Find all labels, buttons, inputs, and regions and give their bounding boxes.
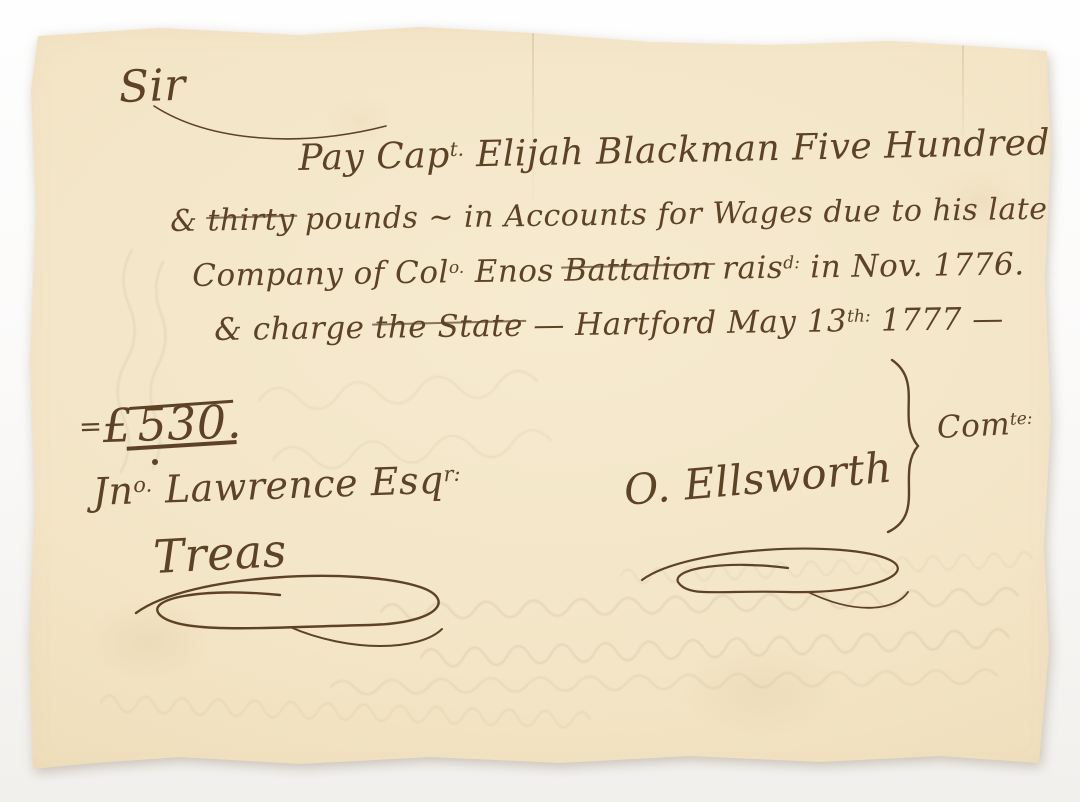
body-line-1-text: Pay Cap: [298, 135, 450, 179]
signature-name: O. Ellsworth: [622, 443, 894, 515]
superscript: te:: [1009, 409, 1033, 430]
amount-prefix: =: [78, 409, 103, 443]
body-line-3-text: Company of Col: [192, 254, 449, 294]
body-line-1-text: Elijah Blackman Five Hundred: [464, 122, 1051, 175]
treas-flourish: [120, 565, 460, 660]
body-line-4: & charge the State — Hartford May 13th: …: [214, 301, 1004, 348]
struck-word: Battalion: [564, 251, 712, 289]
superscript: r:: [443, 462, 461, 487]
scanned-document-scene: Sir Pay Capt. Elijah Blackman Five Hundr…: [0, 0, 1080, 802]
document-paper: Sir Pay Capt. Elijah Blackman Five Hundr…: [0, 0, 1080, 802]
body-line-1: Pay Capt. Elijah Blackman Five Hundred: [298, 122, 1050, 179]
superscript: d:: [783, 253, 800, 273]
struck-word: the State: [375, 308, 524, 346]
body-line-4-text: — Hartford May 13: [523, 303, 848, 344]
body-line-2-text: &: [170, 203, 208, 239]
addressee-text: Lawrence Esq: [152, 458, 445, 512]
signature-suffix-text: Com: [936, 406, 1011, 446]
superscript: o.: [449, 258, 465, 278]
struck-word: thirty: [207, 202, 295, 238]
superscript: o.: [133, 472, 153, 497]
signature-brace-icon: [876, 356, 940, 536]
body-line-3-text: rais: [712, 250, 784, 287]
amount-value: 530.: [131, 394, 247, 452]
fold-crease: [532, 33, 534, 213]
amount-figure: =£530.: [78, 394, 248, 454]
body-line-2: & thirty pounds ~ in Accounts for Wages …: [170, 192, 1048, 239]
body-line-2-text: pounds ~ in Accounts for Wages due to hi…: [295, 192, 1048, 238]
body-line-3-text: Enos: [464, 253, 564, 290]
superscript: t.: [449, 138, 464, 161]
body-line-3-text: in Nov. 1776.: [800, 246, 1025, 285]
signature-suffix: Comte:: [936, 405, 1034, 446]
superscript: th:: [847, 306, 871, 326]
body-line-4-text: 1777 —: [870, 301, 1004, 339]
addressee-text: Jn: [92, 469, 134, 514]
signature-flourish: [628, 540, 918, 620]
body-line-4-text: & charge: [214, 310, 375, 348]
amount-dot: [152, 459, 158, 465]
body-line-3: Company of Colo. Enos Battalion raisd: i…: [192, 246, 1025, 294]
paper-shadow-wrap: Sir Pay Capt. Elijah Blackman Five Hundr…: [0, 0, 1080, 802]
